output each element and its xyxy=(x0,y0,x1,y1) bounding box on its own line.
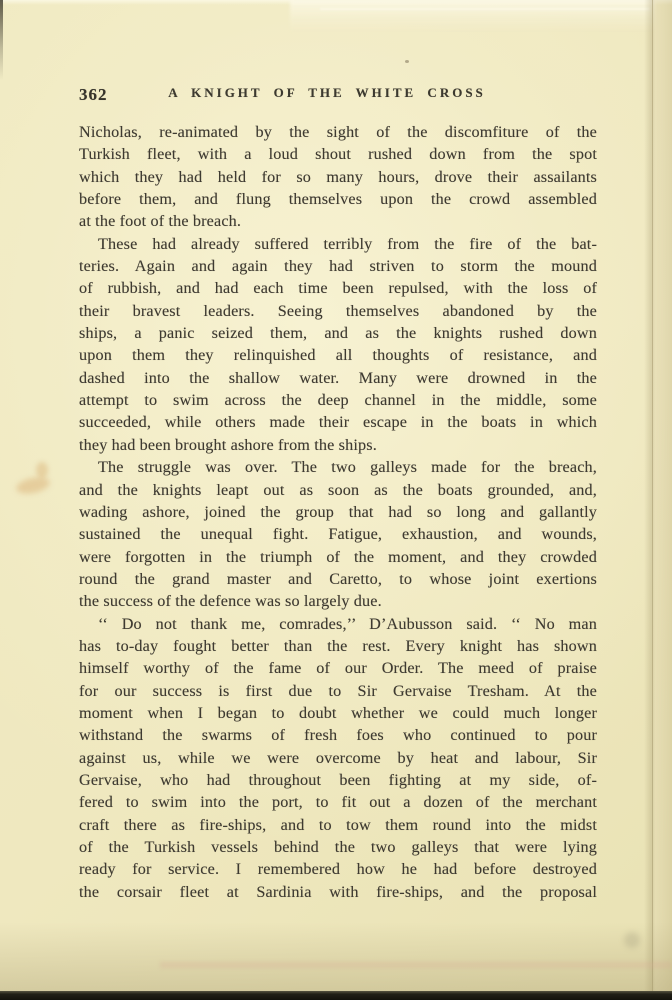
text-line: attempt to swim across the deep channel … xyxy=(79,389,597,411)
text-line: has to-day fought better than the rest. … xyxy=(79,635,597,657)
text-line: Turkish fleet, with a loud shout rushed … xyxy=(79,143,597,165)
binding-shadow xyxy=(0,0,3,80)
text-line: before them, and flung themselves upon t… xyxy=(79,188,597,210)
text-line: of the Turkish vessels behind the two ga… xyxy=(79,836,597,858)
text-line: ready for service. I remembered how he h… xyxy=(79,858,597,880)
paper-speck xyxy=(405,60,409,63)
text-line: upon them they relinquished all thoughts… xyxy=(79,344,597,366)
text-line: for our success is first due to Sir Gerv… xyxy=(79,680,597,702)
text-line: which they had held for so many hours, d… xyxy=(79,166,597,188)
text-line: The struggle was over. The two galleys m… xyxy=(79,456,597,478)
text-line: sustained the unequal fight. Fatigue, ex… xyxy=(79,523,597,545)
page-content: 362 A KNIGHT OF THE WHITE CROSS Nicholas… xyxy=(79,85,597,903)
paper-discoloration-streak xyxy=(160,962,672,968)
page-right-edge-line xyxy=(652,0,653,1000)
paragraph: The struggle was over. The two galleys m… xyxy=(79,456,597,612)
page-bottom-shadow xyxy=(0,922,672,992)
paragraph: Nicholas, re-animated by the sight of th… xyxy=(79,121,597,233)
text-line: were forgotten in the triumph of the mom… xyxy=(79,546,597,568)
paper-smudge xyxy=(624,932,640,948)
text-line: round the grand master and Caretto, to w… xyxy=(79,568,597,590)
text-line: himself worthy of the fame of our Order.… xyxy=(79,657,597,679)
text-line: and the knights leapt out as soon as the… xyxy=(79,479,597,501)
text-line: wading ashore, joined the group that had… xyxy=(79,501,597,523)
text-line: they had been brought ashore from the sh… xyxy=(79,434,597,456)
paragraph: These had already suffered terribly from… xyxy=(79,233,597,456)
running-head: 362 A KNIGHT OF THE WHITE CROSS xyxy=(79,85,597,102)
text-line: dashed into the shallow water. Many were… xyxy=(79,367,597,389)
text-line: craft there as fire-ships, and to tow th… xyxy=(79,814,597,836)
paragraph: ‘‘ Do not thank me, comrades,’’ D’Aubuss… xyxy=(79,613,597,903)
text-line: These had already suffered terribly from… xyxy=(79,233,597,255)
text-line: against us, while we were overcome by he… xyxy=(79,747,597,769)
text-line: succeeded, while others made their escap… xyxy=(79,411,597,433)
running-title: A KNIGHT OF THE WHITE CROSS xyxy=(79,85,575,101)
page-stack-right-edge xyxy=(644,0,672,1000)
foxing-stain xyxy=(15,475,51,497)
book-bottom-edge xyxy=(0,991,672,1000)
text-line: fered to swim into the port, to fit out … xyxy=(79,791,597,813)
foxing-stain xyxy=(36,462,48,478)
text-line: Nicholas, re-animated by the sight of th… xyxy=(79,121,597,143)
text-line: the corsair fleet at Sardinia with fire-… xyxy=(79,881,597,903)
text-line: their bravest leaders. Seeing themselves… xyxy=(79,300,597,322)
page-body: Nicholas, re-animated by the sight of th… xyxy=(79,121,597,903)
text-line: Gervaise, who had throughout been fighti… xyxy=(79,769,597,791)
text-line: the success of the defence was so largel… xyxy=(79,590,597,612)
text-line: withstand the swarms of fresh foes who c… xyxy=(79,724,597,746)
page-edge-streak xyxy=(320,8,650,10)
page-top-right-highlight xyxy=(290,0,655,32)
text-line: ‘‘ Do not thank me, comrades,’’ D’Aubuss… xyxy=(79,613,597,635)
text-line: teries. Again and again they had striven… xyxy=(79,255,597,277)
book-page-scan: 362 A KNIGHT OF THE WHITE CROSS Nicholas… xyxy=(0,0,672,1000)
text-line: moment when I began to doubt whether we … xyxy=(79,702,597,724)
text-line: ships, a panic seized them, and as the k… xyxy=(79,322,597,344)
text-line: of rubbish, and had each time been repul… xyxy=(79,277,597,299)
text-line: at the foot of the breach. xyxy=(79,210,597,232)
